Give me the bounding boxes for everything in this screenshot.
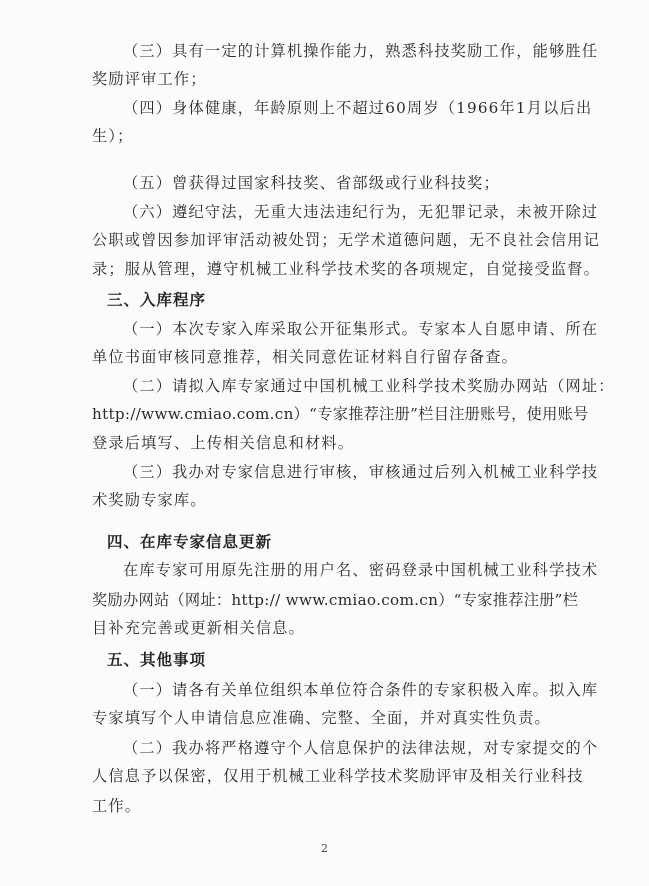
- paragraph-line: （一）请各有关单位组织本单位符合条件的专家积极入库。拟入库: [123, 680, 555, 700]
- paragraph-line: 生）；: [92, 126, 555, 146]
- paragraph-line: （三）我办对专家信息进行审核，审核通过后列入机械工业科学技: [123, 462, 555, 482]
- paragraph-line: 录；服从管理，遵守机械工业科学技术奖的各项规定，自觉接受监督。: [92, 259, 555, 279]
- paragraph-line: （二）请拟入库专家通过中国机械工业科学技术奖励办网站（网址：: [123, 376, 555, 396]
- paragraph-line: 工作。: [92, 796, 555, 816]
- paragraph-line: （六）遵纪守法，无重大违法违纪行为，无犯罪记录，未被开除过: [123, 202, 555, 222]
- section-heading: 四、在库专家信息更新: [107, 532, 272, 552]
- paragraph-line: 在库专家可用原先注册的用户名、密码登录中国机械工业科学技术: [123, 560, 555, 580]
- paragraph-line: 公职或曾因参加评审活动被处罚；无学术道德问题，无不良社会信用记: [92, 230, 555, 250]
- paragraph-line: 登录后填写、上传相关信息和材料。: [92, 433, 555, 453]
- paragraph-line: 目补充完善或更新相关信息。: [92, 618, 555, 638]
- paragraph-line: 术奖励专家库。: [92, 490, 555, 510]
- paragraph-line: （三）具有一定的计算机操作能力，熟悉科技奖励工作，能够胜任: [123, 41, 555, 61]
- paragraph-line: 专家填写个人申请信息应准确、完整、全面，并对真实性负责。: [92, 708, 555, 728]
- paragraph-line: （一）本次专家入库采取公开征集形式。专家本人自愿申请、所在: [123, 319, 555, 339]
- paragraph-line: （五）曾获得过国家科技奖、省部级或行业科技奖；: [123, 173, 555, 193]
- paragraph-line: 单位书面审核同意推荐，相关同意佐证材料自行留存备查。: [92, 347, 555, 367]
- paragraph-line: （四）身体健康，年龄原则上不超过60周岁（1966年1月以后出: [123, 98, 555, 118]
- paragraph-line: 人信息予以保密，仅用于机械工业科学技术奖励评审及相关行业科技: [92, 766, 555, 786]
- document-page: （三）具有一定的计算机操作能力，熟悉科技奖励工作，能够胜任 奖励评审工作； （四…: [0, 0, 649, 886]
- paragraph-line-with-url: http://www.cmiao.com.cn）“专家推荐注册”栏目注册账号，使…: [92, 404, 555, 424]
- section-heading: 五、其他事项: [107, 650, 206, 670]
- paragraph-line: （二）我办将严格遵守个人信息保护的法律法规，对专家提交的个: [123, 738, 555, 758]
- paragraph-line-with-url: 奖励办网站（网址：http:// www.cmiao.com.cn）“专家推荐注…: [92, 590, 555, 610]
- page-number: 2: [0, 842, 649, 855]
- paragraph-line: 奖励评审工作；: [92, 69, 555, 89]
- section-heading: 三、入库程序: [107, 290, 206, 310]
